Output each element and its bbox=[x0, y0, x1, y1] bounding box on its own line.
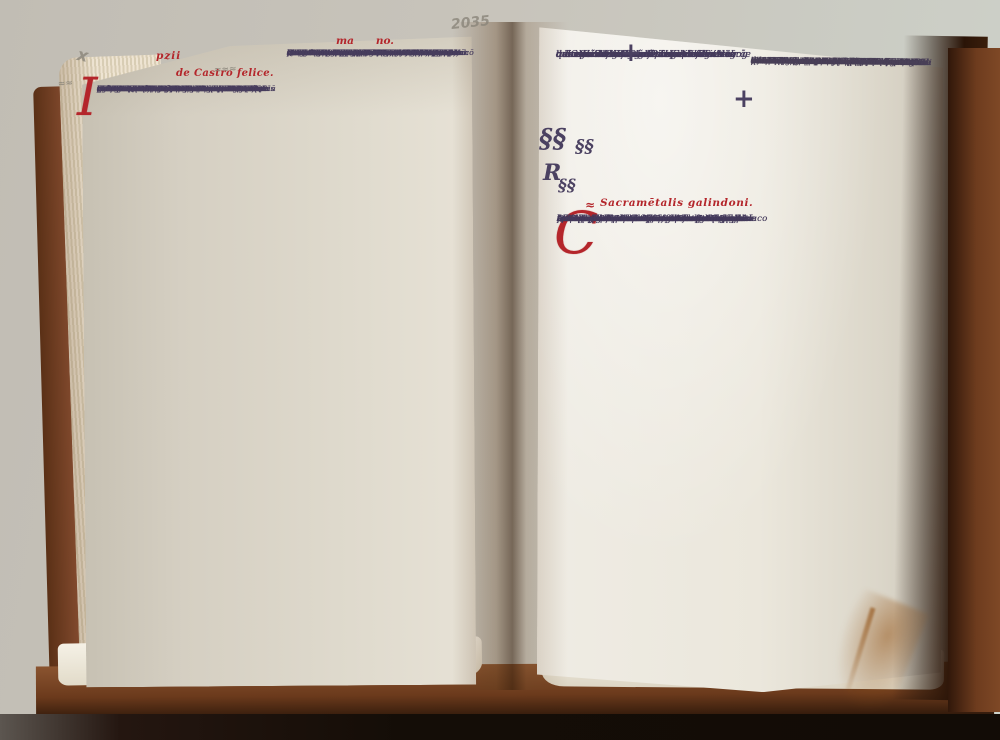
signum-cross-icon: + bbox=[620, 40, 642, 66]
monogram-knot-icon: §§ bbox=[575, 138, 594, 156]
pencil-scribble: ≈≈≈ bbox=[214, 65, 237, 75]
rubric-flourish-icon: ≈ bbox=[585, 199, 595, 211]
signum-cross-icon: + bbox=[733, 86, 755, 112]
pencil-scribble: ≈≈ bbox=[58, 79, 74, 89]
pencil-folio-number: 2035 bbox=[450, 14, 490, 32]
manuscript-photo: pzii ma no. de Castro felice. I n nomine… bbox=[0, 0, 1000, 740]
monogram-knot-icon: §§ bbox=[558, 178, 576, 195]
decoration-layer: ++§§§§R§§≈2035x≈≈≈≈≈ bbox=[0, 0, 1000, 740]
pencil-cross: x bbox=[75, 47, 89, 66]
monogram-knot-icon: §§ bbox=[539, 126, 566, 152]
